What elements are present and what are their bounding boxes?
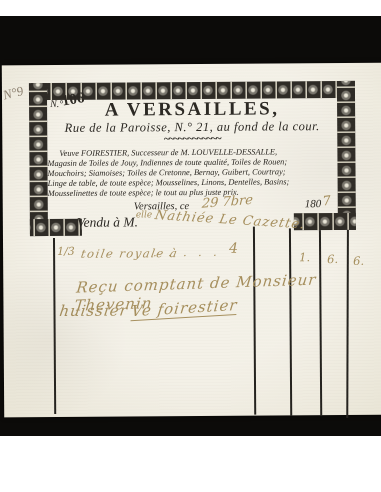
line-item-amount-sous: 6.: [327, 252, 338, 266]
merchant-line: Mousselinettes de toute espèce; le tout …: [48, 187, 342, 199]
wavy-separator: ~~~~~~~~~~~~: [132, 133, 252, 146]
line-item-quantity: 1/3: [57, 245, 75, 258]
pencil-margin-mark: N°9: [1, 83, 25, 104]
date-handwritten-day: 29 7bre: [201, 193, 253, 212]
sold-to-printed: Vendu à M.: [77, 214, 138, 230]
date-printed-year: 180: [305, 198, 322, 210]
table-rule-left: [53, 238, 56, 414]
table-rule-col2: [289, 228, 292, 415]
line-item-amount-deniers: 6.: [353, 254, 364, 268]
receipt-note-line2: huissier: [58, 301, 129, 319]
sold-to-name: Nathiée Le Cazette.: [153, 208, 306, 232]
table-rule-col4: [346, 230, 349, 418]
document-paper: N°9 N.° 106 A VERSAILLES, Rue de la Paro…: [2, 63, 381, 418]
scan-photo: N°9 N.° 106 A VERSAILLES, Rue de la Paro…: [0, 0, 381, 492]
table-rule-col1: [253, 227, 256, 415]
date-handwritten-year-digit: 7: [322, 194, 332, 210]
line-item-value: 4: [229, 241, 238, 257]
line-item-amount-livres: 1.: [299, 250, 310, 264]
sold-to-title-suffix: elle: [136, 210, 152, 220]
merchant-description: Veuve FOIRESTIER, Successeur de M. LOUVE…: [47, 147, 341, 199]
table-rule-col3: [319, 230, 322, 416]
line-item-leaders: . . . . .: [153, 246, 221, 259]
ornament-stub-bottom-left: [30, 219, 82, 236]
